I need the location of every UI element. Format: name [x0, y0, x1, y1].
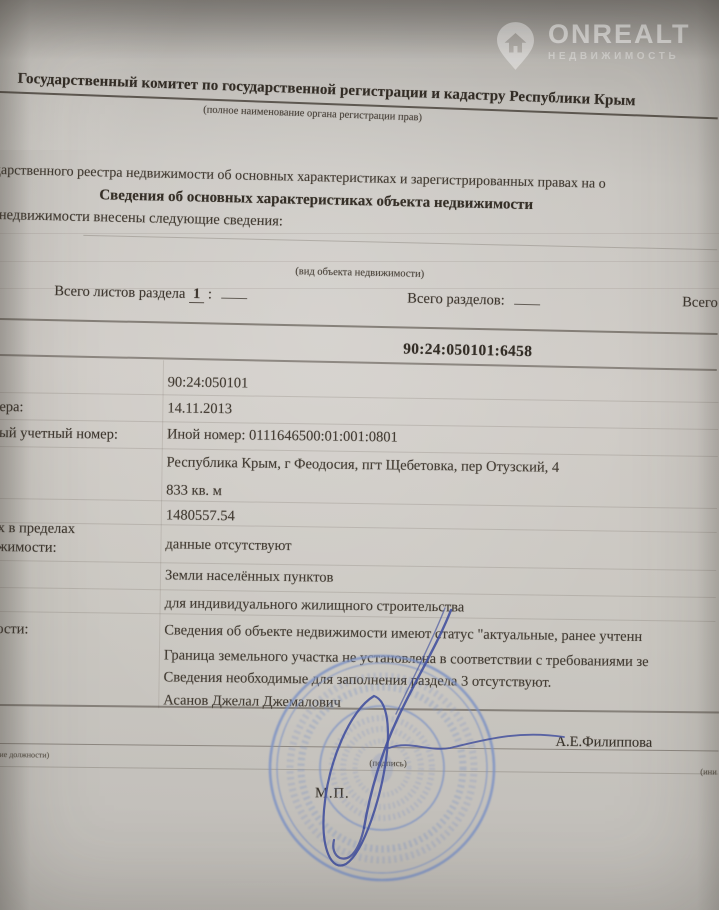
document-header: Государственный комитет по государственн…: [0, 70, 719, 96]
total-sections: Всего разделов:: [407, 289, 541, 311]
total-sheets-colon: :: [208, 286, 212, 302]
row-label: ый учетный номер:: [0, 424, 118, 445]
blank-underline: [221, 285, 247, 300]
total-sheets-value: 1: [189, 286, 205, 303]
cadastral-number: 90:24:050101:6458: [403, 340, 532, 361]
document-intro: дарственного реестра недвижимости об осн…: [0, 163, 719, 179]
row-value: Иной номер: 0111646500:01:001:0801: [167, 426, 398, 446]
paper-ruling-line: [0, 261, 719, 262]
total-sheets: Всего листов раздела 1 :: [54, 281, 248, 304]
row-value: 14.11.2013: [167, 400, 232, 418]
intro-divider-line: [83, 235, 717, 250]
cadastral-bottom-line: [0, 354, 717, 371]
onrealt-wordmark: ONREALT НЕДВИЖИМОСТЬ: [548, 21, 691, 62]
total-sections-label: Всего разделов:: [407, 291, 505, 309]
intro-line-1: дарственного реестра недвижимости об осн…: [0, 163, 606, 193]
authority-title: Государственный комитет по государственн…: [17, 71, 719, 114]
initials-caption: (ини: [700, 766, 717, 776]
total-cut-label: Всего: [682, 294, 718, 312]
position-caption: ие должности): [0, 750, 49, 760]
blank-underline: [514, 291, 540, 306]
onrealt-pin-house-icon: [493, 21, 538, 71]
row-label: х в пределах жимости:: [0, 519, 75, 558]
row-value: 833 кв. м: [166, 482, 222, 500]
row-label: ера:: [0, 398, 24, 417]
row-value: 1480557.54: [166, 507, 235, 525]
row-value: Асанов Джелал Джемалович: [163, 692, 341, 711]
row-value: 90:24:050101: [168, 374, 249, 392]
sign-caption: (подпись): [369, 758, 406, 768]
table-row: х в пределах жимости:данные отсутствуют: [0, 534, 717, 568]
onrealt-brand-text: ONREALT: [548, 21, 691, 48]
document-photo: ONREALT НЕДВИЖИМОСТЬ Государственный ком…: [0, 0, 719, 910]
row-value: Республика Крым, г Феодосия, пгт Щебетов…: [166, 454, 559, 476]
seal-place-label: М.П.: [315, 785, 350, 802]
row-value: Сведения об объекте недвижимости имеют с…: [164, 622, 642, 646]
total-sheets-label: Всего листов раздела: [54, 283, 185, 302]
row-label: ости:: [0, 620, 29, 639]
row-value: Земли населённых пунктов: [165, 567, 334, 586]
cadastral-top-line: [0, 318, 718, 335]
object-kind-caption: (вид объекта недвижимости): [240, 265, 480, 281]
onrealt-watermark: ONREALT НЕДВИЖИМОСТЬ: [493, 21, 691, 71]
row-value: данные отсутствуют: [165, 536, 291, 555]
paper-ruling-line: [0, 233, 719, 234]
caption-underline: [0, 766, 718, 775]
row-value: для индивидуального жилищного строительс…: [165, 595, 465, 616]
onrealt-subtitle-text: НЕДВИЖИМОСТЬ: [548, 51, 691, 62]
intro-line-3: недвижимости внесены следующие сведения:: [0, 207, 283, 230]
